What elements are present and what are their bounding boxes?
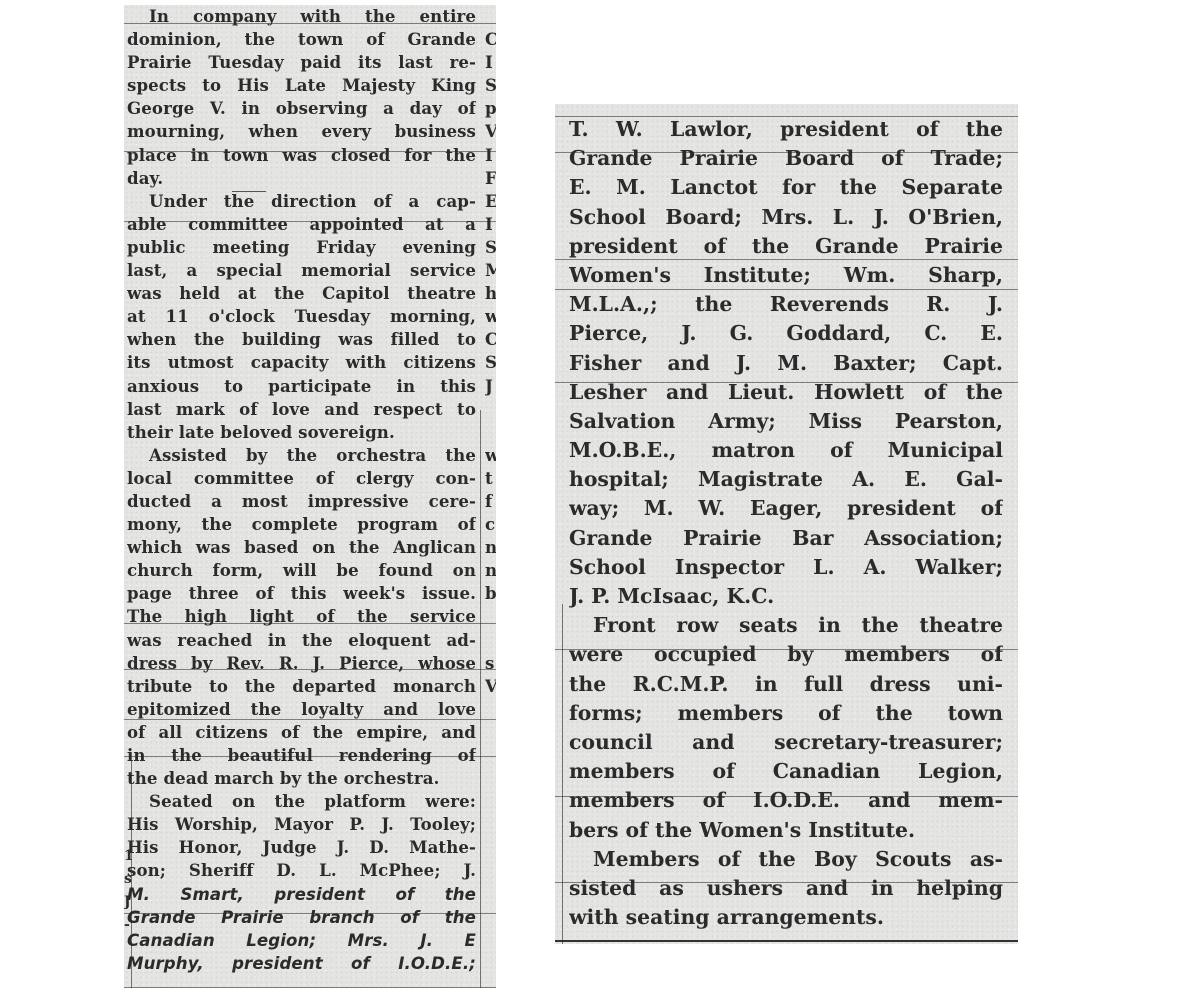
text-line: Canadian Legion; Mrs. J. E <box>127 929 476 952</box>
text-line: spects to His Late Majesty King <box>127 74 476 97</box>
text-line: way; M. W. Eager, president of <box>569 494 1003 523</box>
fragment: n <box>485 559 496 582</box>
text-line: son; Sheriff D. L. McPhee; J. <box>127 859 476 882</box>
text-line: dominion, the town of Grande <box>127 28 476 51</box>
fragment: V <box>485 120 496 143</box>
fragment: J <box>485 375 496 398</box>
fragment: S <box>485 236 496 259</box>
text-line: ducted a most impressive cere- <box>127 490 476 513</box>
fragment: M <box>485 259 496 282</box>
scan-line <box>124 623 496 624</box>
column-rule <box>480 410 481 988</box>
column-rule <box>131 760 132 988</box>
text-line: Pierce, J. G. Goddard, C. E. <box>569 319 1003 348</box>
text-line: was held at the Capitol theatre <box>127 282 476 305</box>
text-line: Grande Prairie Bar Association; <box>569 524 1003 553</box>
fragment: C <box>485 328 496 351</box>
text-line: last mark of love and respect to <box>127 398 476 421</box>
text-line: J. P. McIsaac, K.C. <box>569 582 1003 611</box>
text-line: dress by Rev. R. J. Pierce, whose <box>127 652 476 675</box>
fragment: F <box>485 167 496 190</box>
fragment <box>485 629 496 652</box>
text-line: His Worship, Mayor P. J. Tooley; <box>127 813 476 836</box>
text-line: mony, the complete program of <box>127 513 476 536</box>
text-line: Prairie Tuesday paid its last re- <box>127 51 476 74</box>
text-line: the R.C.M.P. in full dress uni- <box>569 670 1003 699</box>
text-line: E. M. Lanctot for the Separate <box>569 173 1003 202</box>
fragment <box>485 605 496 628</box>
text-line: Assisted by the orchestra the <box>127 444 476 467</box>
scan-line <box>555 882 1018 883</box>
bottom-rule <box>555 940 1018 942</box>
text-line: forms; members of the town <box>569 699 1003 728</box>
text-line: their late beloved sovereign. <box>127 421 476 444</box>
fragment: c <box>485 513 496 536</box>
text-line: with seating arrangements. <box>569 903 1003 932</box>
text-line: epitomized the loyalty and love <box>127 698 476 721</box>
fragment <box>485 398 496 421</box>
scan-line <box>555 382 1018 383</box>
fragment: f <box>485 490 496 513</box>
text-line: local committee of clergy con- <box>127 467 476 490</box>
fragment: w <box>485 305 496 328</box>
text-line: of all citizens of the empire, and <box>127 721 476 744</box>
scan-line <box>555 289 1018 290</box>
text-line: members of I.O.D.E. and mem- <box>569 786 1003 815</box>
text-line: at 11 o'clock Tuesday morning, <box>127 305 476 328</box>
adjacent-column-fragments: C I S p V I F E I S M h w C S J w t f c … <box>485 5 496 698</box>
scan-line <box>124 913 496 914</box>
scan-line <box>124 719 496 720</box>
fragment: I <box>485 51 496 74</box>
text-line: was reached in the eloquent ad- <box>127 629 476 652</box>
text-line: Front row seats in the theatre <box>569 611 1003 640</box>
scan-line <box>555 796 1018 797</box>
fragment: I <box>485 144 496 167</box>
text-line: M.L.A.,; the Reverends R. J. <box>569 290 1003 319</box>
text-line: Fisher and J. M. Baxter; Capt. <box>569 349 1003 378</box>
text-line: tribute to the departed monarch <box>127 675 476 698</box>
text-line: His Honor, Judge J. D. Mathe- <box>127 836 476 859</box>
text-line: sisted as ushers and in helping <box>569 874 1003 903</box>
text-line: School Board; Mrs. L. J. O'Brien, <box>569 203 1003 232</box>
text-line: church form, will be found on <box>127 559 476 582</box>
text-line: page three of this week's issue. <box>127 582 476 605</box>
text-line: Murphy, president of I.O.D.E.; <box>127 952 476 975</box>
scan-line <box>555 116 1018 117</box>
text-line: The high light of the service <box>127 605 476 628</box>
fragment: t <box>485 467 496 490</box>
text-line: George V. in observing a day of <box>127 97 476 120</box>
text-line: T. W. Lawlor, president of the <box>569 115 1003 144</box>
text-line: the dead march by the orchestra. <box>127 767 476 790</box>
text-line: School Inspector L. A. Walker; <box>569 553 1003 582</box>
text-line: last, a special memorial service <box>127 259 476 282</box>
fragment: b <box>485 582 496 605</box>
text-line: bers of the Women's Institute. <box>569 816 1003 845</box>
text-line: day. <box>127 167 476 190</box>
text-line: Women's Institute; Wm. Sharp, <box>569 261 1003 290</box>
text-line: able committee appointed at a <box>127 213 476 236</box>
text-line: anxious to participate in this <box>127 375 476 398</box>
text-line: Grande Prairie Board of Trade; <box>569 144 1003 173</box>
paragraph-separator <box>232 191 266 192</box>
text-line: when the building was filled to <box>127 328 476 351</box>
text-line: hospital; Magistrate A. E. Gal- <box>569 465 1003 494</box>
text-line: public meeting Friday evening <box>127 236 476 259</box>
fragment: S <box>485 351 496 374</box>
text-line: council and secretary-treasurer; <box>569 728 1003 757</box>
text-line: M. Smart, president of the <box>127 883 476 906</box>
fragment: s <box>485 652 496 675</box>
fragment: n <box>485 536 496 559</box>
text-line: were occupied by members of <box>569 640 1003 669</box>
text-line: members of Canadian Legion, <box>569 757 1003 786</box>
fragment: S <box>485 74 496 97</box>
fragment: h <box>485 282 496 305</box>
fragment: p <box>485 97 496 120</box>
text-line: president of the Grande Prairie <box>569 232 1003 261</box>
scan-line <box>124 756 496 757</box>
scan-line <box>555 649 1018 650</box>
fragment: E <box>485 190 496 213</box>
scan-line <box>124 151 496 152</box>
text-line: place in town was closed for the <box>127 144 476 167</box>
article-column-right: T. W. Lawlor, president of the Grande Pr… <box>569 115 1003 932</box>
text-line: Members of the Boy Scouts as- <box>569 845 1003 874</box>
text-line: its utmost capacity with citizens <box>127 351 476 374</box>
text-line: M.O.B.E., matron of Municipal <box>569 436 1003 465</box>
text-line: mourning, when every business <box>127 120 476 143</box>
fragment: C <box>485 28 496 51</box>
text-line: Seated on the platform were: <box>127 790 476 813</box>
scan-line <box>124 221 496 222</box>
text-line: which was based on the Anglican <box>127 536 476 559</box>
text-line: In company with the entire <box>127 5 476 28</box>
fragment <box>485 421 496 444</box>
fragment: V <box>485 675 496 698</box>
scan-line <box>124 669 496 670</box>
scan-line <box>124 987 496 988</box>
text-line: Grande Prairie branch of the <box>127 906 476 929</box>
fragment <box>485 5 496 28</box>
scan-line <box>555 152 1018 153</box>
scan-line <box>555 259 1018 260</box>
text-line: Salvation Army; Miss Pearston, <box>569 407 1003 436</box>
fragment: I <box>485 213 496 236</box>
fragment: w <box>485 444 496 467</box>
clipping-right: T. W. Lawlor, president of the Grande Pr… <box>555 104 1018 944</box>
scan-line <box>124 23 496 24</box>
text-line: Under the direction of a cap- <box>127 190 476 213</box>
clipping-left: In company with the entire dominion, the… <box>124 5 496 988</box>
column-rule <box>562 604 563 944</box>
